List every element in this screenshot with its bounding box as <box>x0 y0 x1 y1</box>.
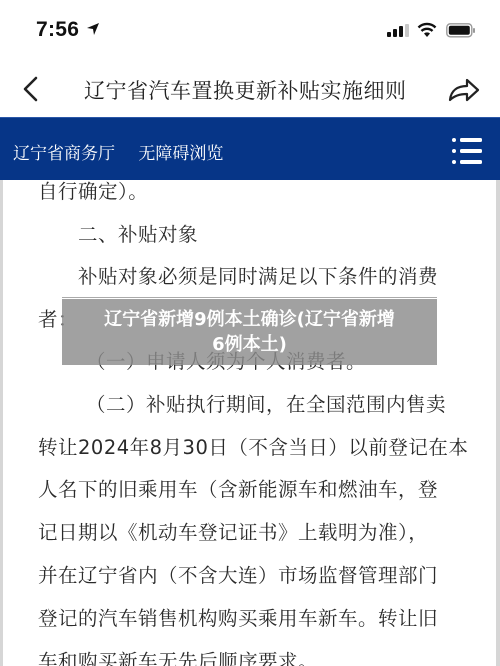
list-menu-icon <box>450 136 484 166</box>
status-time: 7:56 <box>36 18 79 42</box>
location-arrow-icon <box>86 22 100 36</box>
doc-line: （二）补贴执行期间，在全国范围内售卖 <box>86 389 446 417</box>
doc-line: 车和购买新车无先后顺序要求。 <box>38 646 318 666</box>
chevron-left-icon <box>18 72 46 106</box>
caption-line-1: 辽宁省新增9例本土确诊(辽宁省新增 <box>62 307 437 332</box>
link-liaoning-commerce-dept[interactable]: 辽宁省商务厅 <box>13 144 115 164</box>
caption-text: 辽宁省新增9例本土确诊(辽宁省新增 6例本土) <box>62 307 437 357</box>
site-header: 辽宁省商务厅 无障碍浏览 <box>0 117 500 180</box>
link-accessible-browsing[interactable]: 无障碍浏览 <box>138 144 223 164</box>
cellular-signal-icon <box>387 24 409 38</box>
site-header-links: 辽宁省商务厅 无障碍浏览 <box>13 139 241 164</box>
doc-line: 自行确定）。 <box>38 180 148 204</box>
doc-line: 转让2024年8月30日（不含当日）以前登记在本 <box>38 432 468 460</box>
doc-line: 并在辽宁省内（不含大连）市场监督管理部门 <box>38 560 438 588</box>
wifi-icon <box>417 22 437 38</box>
caption-overlay: 辽宁省新增9例本土确诊(辽宁省新增 6例本土) <box>62 299 437 365</box>
document-content: 自行确定）。 二、补贴对象 补贴对象必须是同时满足以下条件的消费 者： （一）申… <box>0 180 500 666</box>
scroll-edge-right <box>496 180 500 666</box>
doc-line: 补贴对象必须是同时满足以下条件的消费 <box>78 261 438 289</box>
battery-icon <box>446 23 476 38</box>
share-button[interactable] <box>446 75 482 105</box>
caption-line-2: 6例本土) <box>62 332 437 357</box>
status-bar: 7:56 <box>0 0 500 60</box>
nav-bar: 辽宁省汽车置换更新补贴实施细则 <box>0 62 500 116</box>
doc-heading: 二、补贴对象 <box>78 219 198 247</box>
menu-button[interactable] <box>450 136 484 166</box>
doc-line: 记日期以《机动车登记证书》上载明为准）， <box>38 517 428 545</box>
doc-line: 登记的汽车销售机构购买乘用车新车。转让旧 <box>38 603 438 631</box>
share-arrow-icon <box>446 75 482 105</box>
scroll-edge-left <box>0 180 3 666</box>
doc-line: 人名下的旧乘用车（含新能源车和燃油车，登 <box>38 474 438 502</box>
back-button[interactable] <box>18 72 46 106</box>
divider <box>62 297 437 298</box>
page-title: 辽宁省汽车置换更新补贴实施细则 <box>84 75 407 105</box>
